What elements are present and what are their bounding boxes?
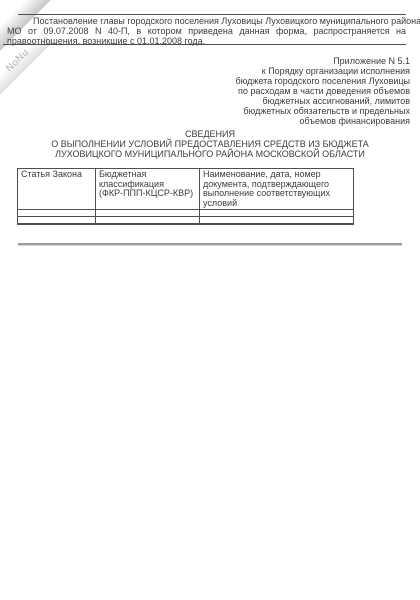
table-cell-empty [96, 210, 200, 217]
document-page: { "colors": { "ink": "#3d3d3d", "line": … [0, 0, 420, 600]
table-row [18, 210, 354, 217]
note-top-rule [18, 14, 406, 15]
table-cell-empty [18, 210, 96, 217]
table-header-row: Статья Закона Бюджетная классификация (Ф… [18, 169, 354, 210]
table-cell-empty [200, 217, 354, 225]
note-line: Постановление главы городского поселения… [7, 16, 406, 26]
column-header-statya-zakona: Статья Закона [18, 169, 96, 210]
column-header-budget-classification: Бюджетная классификация (ФКР-ППП-КЦСР-КВ… [96, 169, 200, 210]
table-row [18, 217, 354, 225]
appendix-reference: Приложение N 5.1 к Порядку организации и… [120, 56, 410, 126]
note-line: МО от 09.07.2008 N 40-П, в котором приве… [7, 26, 406, 36]
section-divider [18, 243, 402, 246]
amendment-note: Постановление главы городского поселения… [7, 16, 406, 46]
document-title: СВЕДЕНИЯ О ВЫПОЛНЕНИИ УСЛОВИЙ ПРЕДОСТАВЛ… [0, 129, 420, 159]
table-cell-empty [96, 217, 200, 225]
table-cell-empty [18, 217, 96, 225]
column-header-document-details: Наименование, дата, номер документа, под… [200, 169, 354, 210]
table-cell-empty [200, 210, 354, 217]
note-bottom-rule [3, 44, 406, 45]
conditions-table: Статья Закона Бюджетная классификация (Ф… [17, 168, 354, 225]
